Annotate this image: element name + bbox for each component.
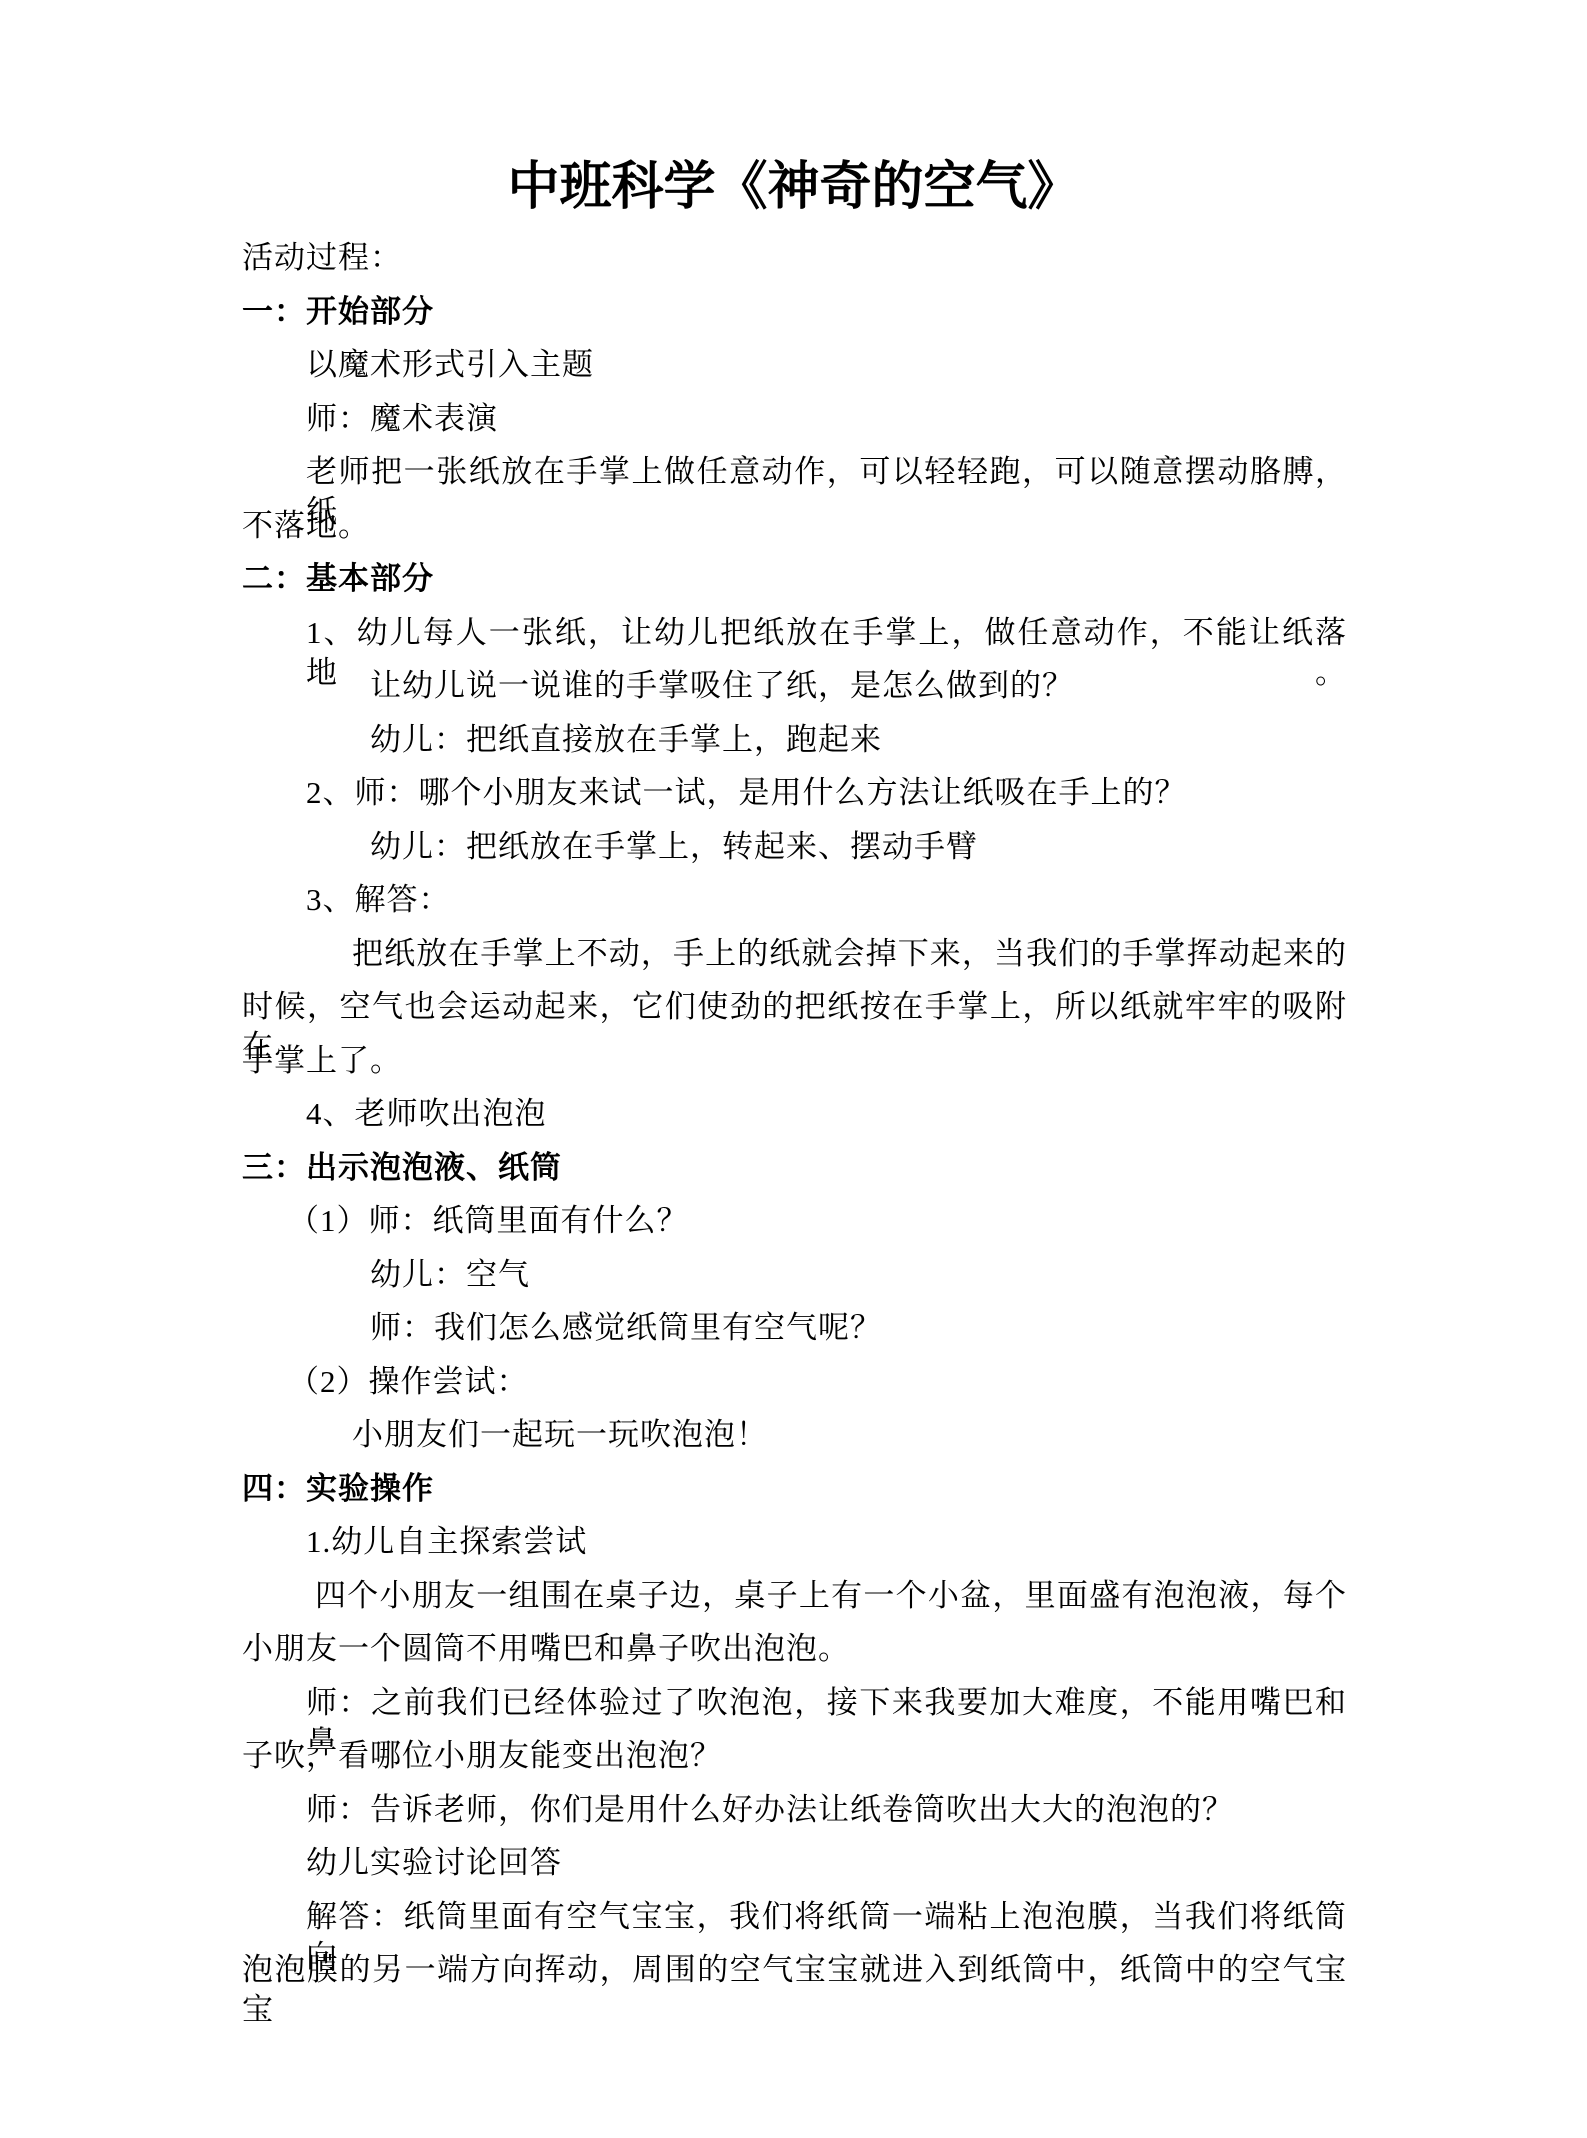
doc-line: 小朋友们一起玩一玩吹泡泡！ <box>352 1415 768 1455</box>
doc-line: 2、师：哪个小朋友来试一试，是用什么方法让纸吸在手上的？ <box>306 773 1187 813</box>
doc-line: 幼儿：把纸直接放在手掌上，跑起来 <box>370 720 882 760</box>
doc-line: 不落地。 <box>242 506 370 546</box>
doc-line: 二：基本部分 <box>242 559 434 599</box>
doc-line: 小朋友一个圆筒不用嘴巴和鼻子吹出泡泡。 <box>242 1629 850 1669</box>
document-page: 中班科学《神奇的空气》 活动过程：一：开始部分以魔术形式引入主题师：魔术表演老师… <box>0 0 1587 2138</box>
doc-line: 三：出示泡泡液、纸筒 <box>242 1148 562 1188</box>
doc-line: 泡泡膜的另一端方向挥动，周围的空气宝宝就进入到纸筒中，纸筒中的空气宝宝 <box>242 1950 1347 2030</box>
document-title: 中班科学《神奇的空气》 <box>0 158 1587 218</box>
doc-line: 4、老师吹出泡泡 <box>306 1094 547 1134</box>
doc-line: 四：实验操作 <box>242 1469 434 1509</box>
doc-line: 手掌上了。 <box>242 1041 402 1081</box>
doc-line: 3、解答： <box>306 880 451 920</box>
doc-line: 幼儿实验讨论回答 <box>306 1843 562 1883</box>
doc-line: 幼儿：把纸放在手掌上，转起来、摆动手臂 <box>370 827 978 867</box>
doc-line: 把纸放在手掌上不动，手上的纸就会掉下来，当我们的手掌挥动起来的 <box>352 934 1347 974</box>
doc-line: 老师把一张纸放在手掌上做任意动作，可以轻轻跑，可以随意摆动胳膊，纸 <box>306 452 1347 532</box>
doc-line: 让幼儿说一说谁的手掌吸住了纸，是怎么做到的？ <box>370 666 1074 706</box>
doc-line: 时候，空气也会运动起来，它们使劲的把纸按在手掌上，所以纸就牢牢的吸附在 <box>242 987 1347 1067</box>
doc-line: 四个小朋友一组围在桌子边，桌子上有一个小盆，里面盛有泡泡液，每个 <box>315 1576 1347 1616</box>
doc-line: （1）师：纸筒里面有什么？ <box>288 1201 689 1241</box>
doc-line: （2）操作尝试： <box>288 1362 529 1402</box>
doc-line: 一：开始部分 <box>242 292 434 332</box>
doc-line: 活动过程： <box>242 238 402 278</box>
doc-line: 子吹，看哪位小朋友能变出泡泡？ <box>242 1736 722 1776</box>
doc-line: 幼儿：空气 <box>370 1255 530 1295</box>
doc-line: 师：魔术表演 <box>306 399 498 439</box>
doc-line: 1.幼儿自主探索尝试 <box>306 1522 587 1562</box>
doc-line: 以魔术形式引入主题 <box>306 345 594 385</box>
doc-line: 师：告诉老师，你们是用什么好办法让纸卷筒吹出大大的泡泡的？ <box>306 1790 1234 1830</box>
doc-line: 师：我们怎么感觉纸筒里有空气呢？ <box>370 1308 882 1348</box>
